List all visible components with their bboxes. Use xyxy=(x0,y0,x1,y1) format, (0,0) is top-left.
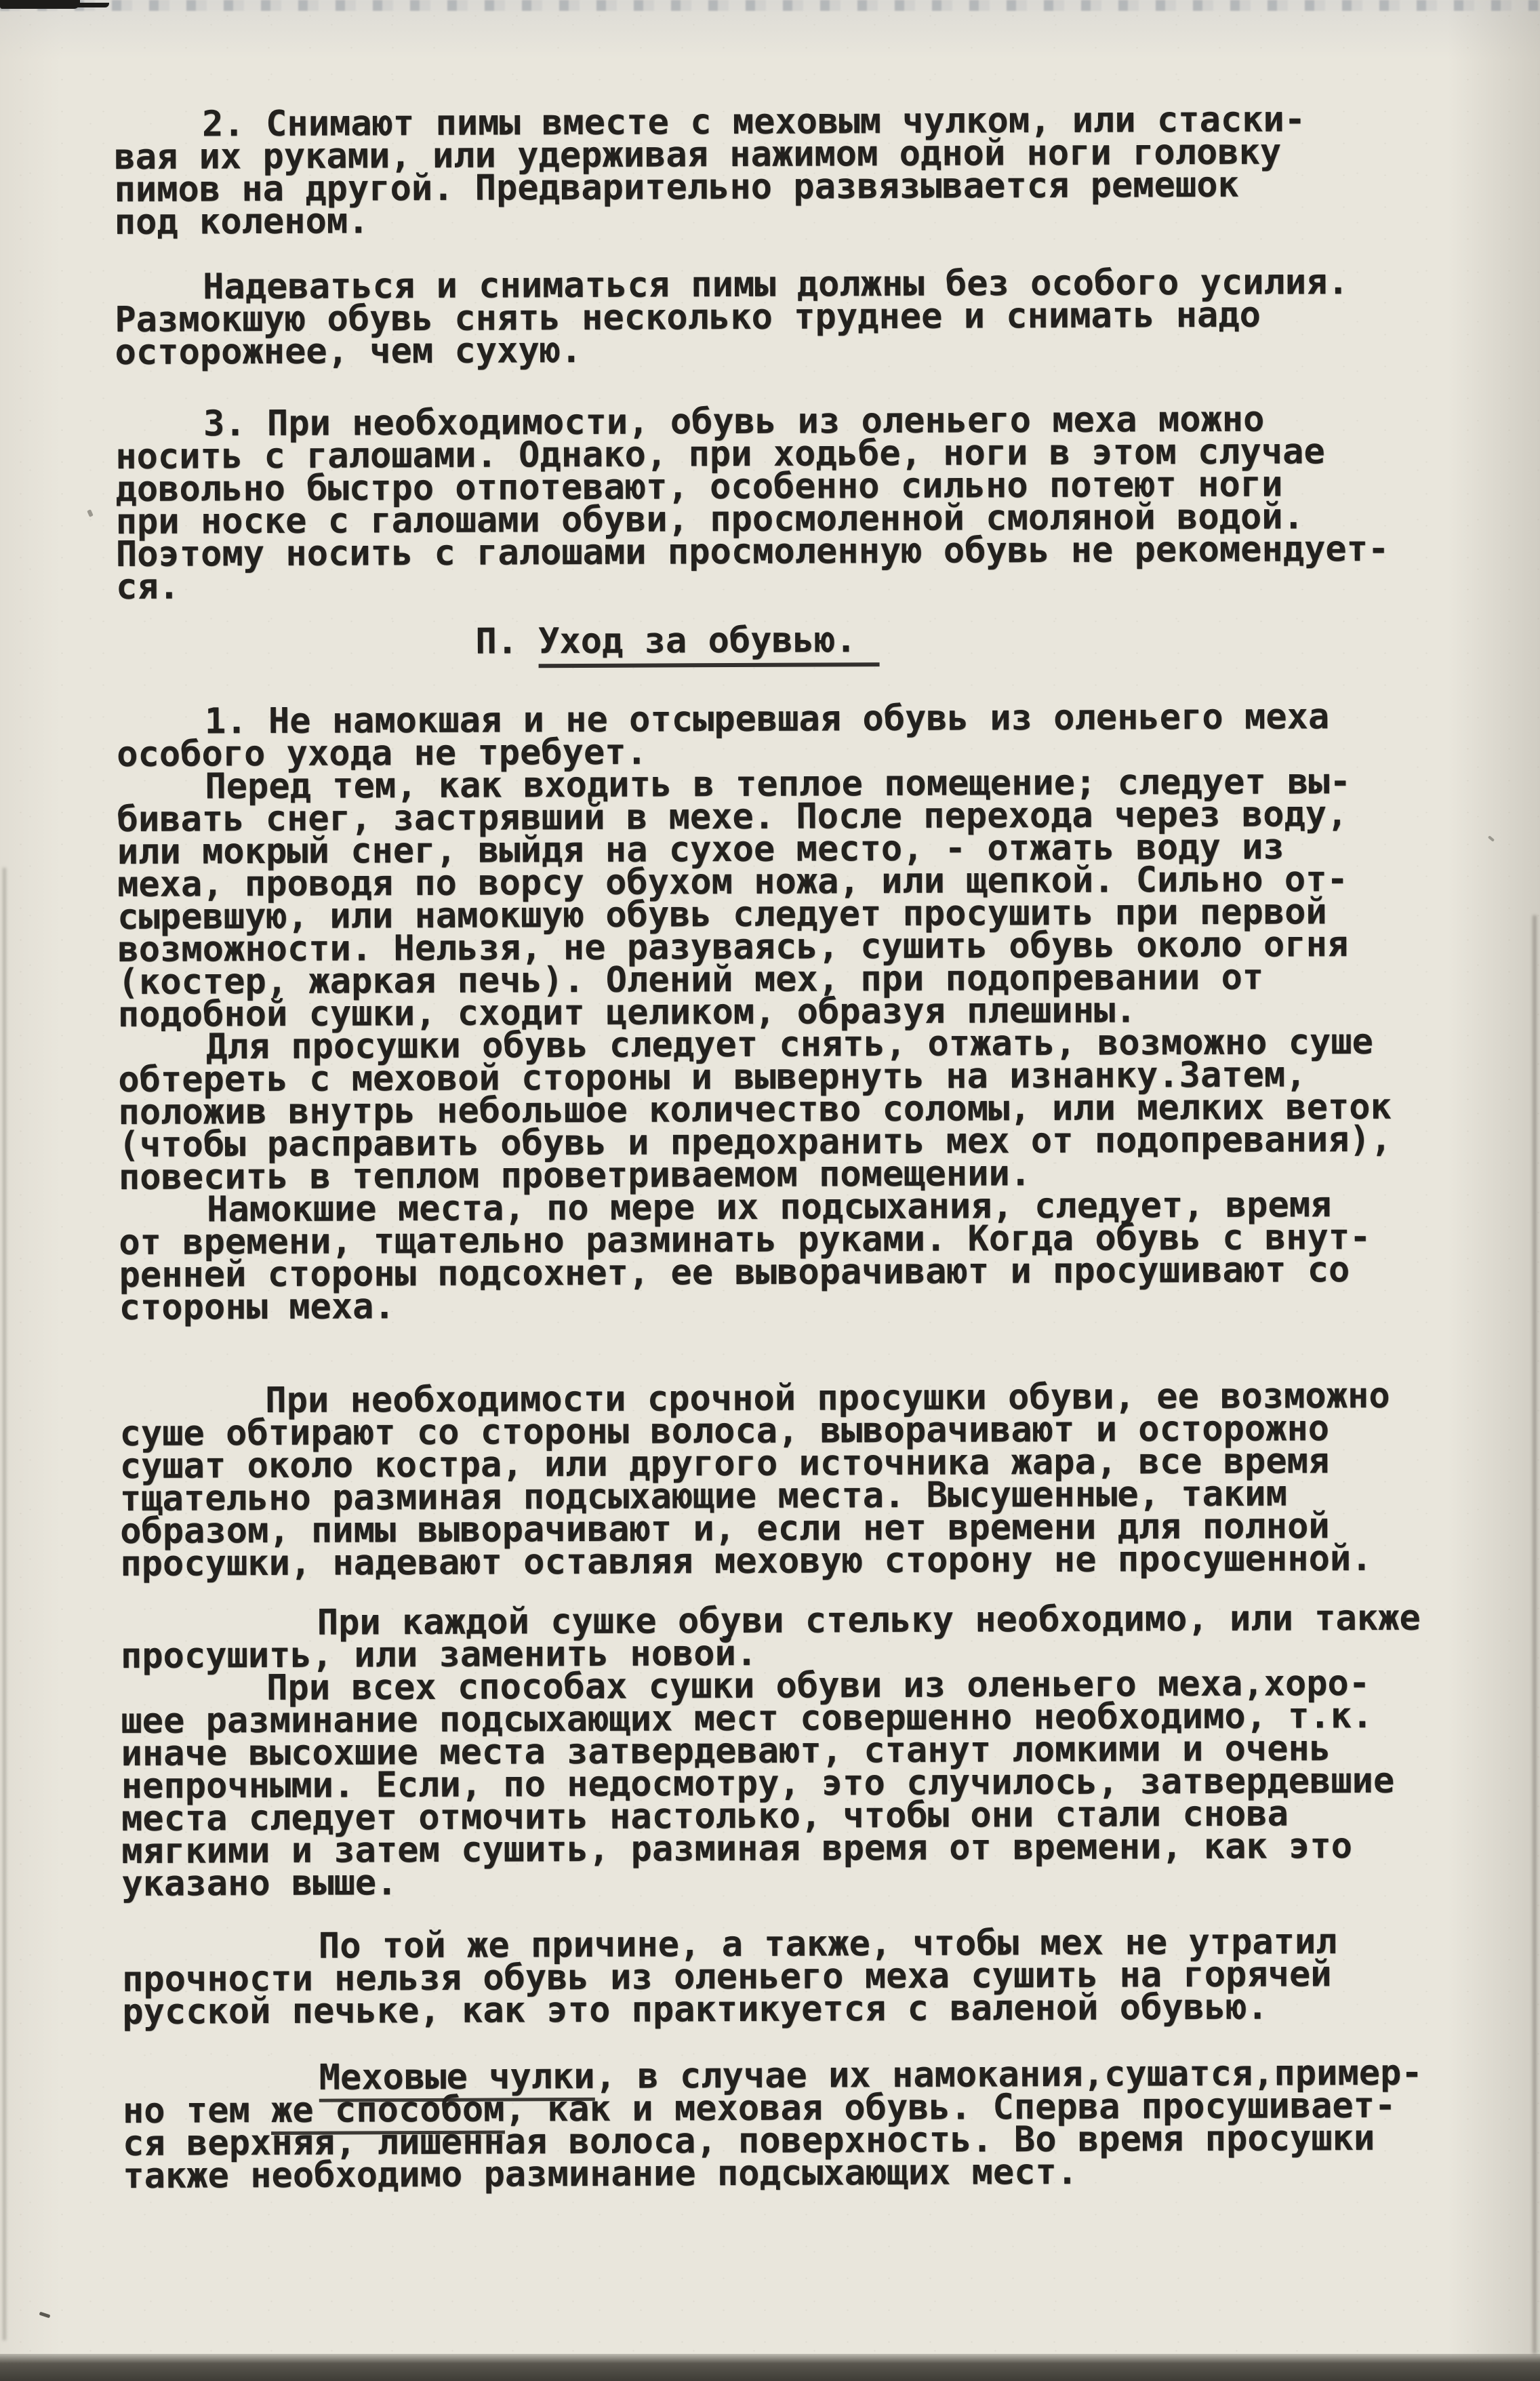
document-text: 2. Снимают пимы вместе с меховым чулком,… xyxy=(114,102,1457,2193)
scan-speck xyxy=(1488,835,1495,841)
para-effort: Надеваться и сниматься пимы должны без о… xyxy=(115,265,1449,369)
para-drying-method: Для просушки обувь следует снять, отжать… xyxy=(118,1025,1453,1194)
para-insole: При каждой сушке обуви стельку необходим… xyxy=(121,1601,1455,1673)
section-numeral: П. xyxy=(475,621,518,662)
para-fur-stockings: Меховые чулки, в случае их намокания,суш… xyxy=(123,2056,1457,2193)
para-galoshes: 3. При необходимости, обувь из оленьего … xyxy=(115,402,1450,603)
para-urgent-drying: При необходимости срочной просушки обуви… xyxy=(119,1379,1454,1580)
para-before-entering: Перед тем, как входить в теплое помещени… xyxy=(117,765,1452,1031)
scan-artifact-bottom-band xyxy=(0,2354,1540,2381)
section-title: Уход за обувью. xyxy=(538,620,880,668)
para-no-care: 1. Не намокшая и не отсыревшая обувь из … xyxy=(117,700,1451,771)
scan-artifact-top-strip xyxy=(0,0,1540,11)
scanned-page: 2. Снимают пимы вместе с меховым чулком,… xyxy=(0,0,1540,2381)
scan-artifact-left-edge xyxy=(3,868,6,2340)
section-heading: П.Уход за обувью. xyxy=(475,621,1450,658)
para-removing-pimy: 2. Снимают пимы вместе с меховым чулком,… xyxy=(114,102,1448,239)
para-wet-spots: Намокшие места, по мере их подсыхания, с… xyxy=(119,1188,1453,1324)
para-kneading-required: При всех способах сушки обуви из оленьег… xyxy=(121,1666,1455,1900)
scan-speck xyxy=(39,2312,51,2319)
scan-artifact-right-edge xyxy=(1533,915,1537,2354)
scan-artifact-top-blob xyxy=(0,0,80,9)
scan-speck xyxy=(87,509,94,517)
para-russian-stove: По той же причине, а также, чтобы мех не… xyxy=(122,1925,1457,2028)
